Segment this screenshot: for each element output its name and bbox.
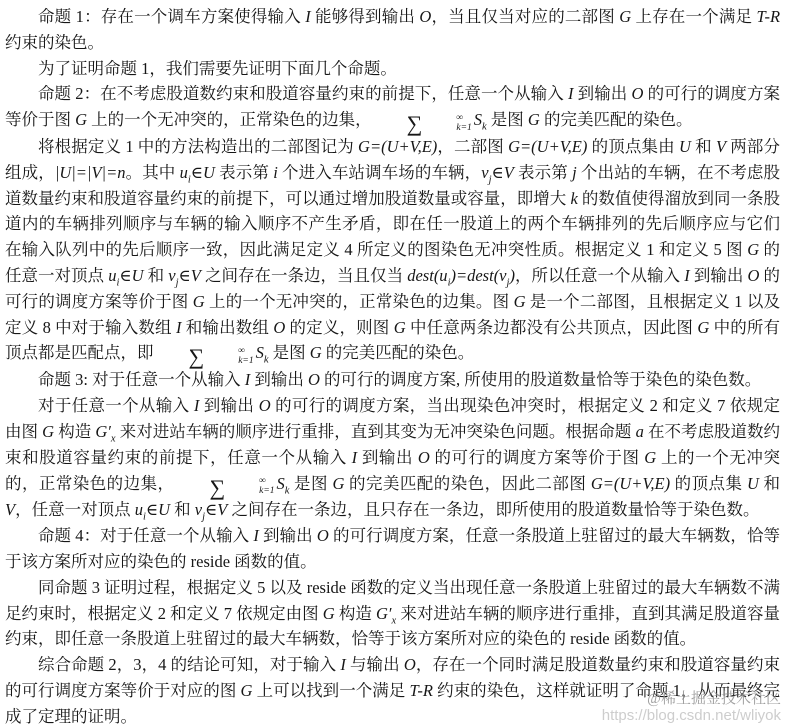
math-run: ∈U [119,266,143,285]
text-run: 是图 [269,343,310,362]
text-run: 到输出 [690,266,748,285]
math-run: O [747,266,759,285]
paragraph: 同命题 3 证明过程，根据定义 5 以及 reside 函数的定义当出现任意一条… [5,575,780,652]
text-run: 和 [144,266,169,285]
text-run: 到输出 [250,370,308,389]
math-run: G [193,292,205,311]
paragraph: 为了证明命题 1，我们需要先证明下面几个命题。 [5,56,780,82]
text-run: 之间存在一条边，当且仅当 [201,266,407,285]
paragraph: 对于任意一个从输入 I 到输出 O 的可行的调度方案，当出现染色冲突时，根据定义… [5,393,780,523]
text-run: ，当且仅当对应的二部图 [431,7,619,26]
math-run: reside [307,578,346,597]
summation-symbol: ∑∞k=1 [374,114,472,134]
math-run: O [273,318,285,337]
text-run: 上存在一个满足 [631,7,756,26]
math-run: S [277,474,285,493]
text-run: 中任意两条边都没有公共顶点，因此图 [406,318,698,337]
math-run: ∈U [146,500,170,519]
math-run: dest(u [407,266,447,285]
text-run: 之间存在一条边，且只存在一条边，即所使用的股道数量恰等于染色数。 [227,500,759,519]
text-run: 构造 [54,422,95,441]
document-page: 命题 1：存在一个调车方案使得输入 I 能够得到输出 O，当且仅当对应的二部图 … [0,0,785,726]
paragraph: 将根据定义 1 中的方法构造出的二部图记为 G=(U+V,E)，二部图 G=(U… [5,134,780,367]
text-run: 到输出 [357,448,418,467]
math-run: G [333,474,345,493]
math-run: G [75,110,87,129]
math-run: G=(U+V,E) [358,137,437,156]
math-run: O [404,655,416,674]
math-run: G′ [376,604,392,623]
paragraph: 命题 3: 对于任意一个从输入 I 到输出 O 的可行的调度方案, 所使用的股道… [5,367,780,393]
text-run: 的顶点集 [670,474,747,493]
text-run: 和 [170,500,195,519]
text-run: 的完美匹配的染色。 [322,343,475,362]
text-run: 为了证明命题 1，我们需要先证明下面几个命题。 [38,59,397,78]
text-run: 和 [759,474,780,493]
text-run: 和 [691,137,716,156]
math-run: )=dest(v [450,266,506,285]
text-run: 的可行的调度方案等价于图 [430,448,645,467]
math-run: G [241,681,253,700]
math-run: G=(U+V,E) [591,474,670,493]
text-run: 。其中 [125,163,179,182]
text-run: 到输出 [199,396,258,415]
math-run: O [632,84,644,103]
text-run: 的完美匹配的染色，因此二部图 [344,474,590,493]
text-run: 综合命题 2，3，4 的结论可知，对于输入 [38,655,340,674]
math-run: u [135,500,143,519]
text-run: 命题 3: 对于任意一个从输入 [38,370,245,389]
document-body: 命题 1：存在一个调车方案使得输入 I 能够得到输出 O，当且仅当对应的二部图 … [5,4,780,726]
math-run: O [317,526,329,545]
math-run: U [679,137,691,156]
text-run: 函数的值。 [610,629,697,648]
math-run: S [474,110,482,129]
text-run: ，所以任意一个从输入 [515,266,684,285]
math-run: G′ [95,422,111,441]
math-run: G [619,7,631,26]
math-run: G [42,422,54,441]
text-run: 来对进站车辆的顺序进行重排，直到其变为无冲突染色问题。根据命题 [116,422,636,441]
paragraph: 命题 4：对于任意一个从输入 I 到输出 O 的可行调度方案，任意一条股道上驻留… [5,523,780,575]
math-run: G [697,318,709,337]
paragraph: 命题 1：存在一个调车方案使得输入 I 能够得到输出 O，当且仅当对应的二部图 … [5,4,780,56]
text-run: 构造 [335,604,376,623]
math-run: U [747,474,759,493]
math-run: T-R [409,681,433,700]
text-run: 函数的值。 [230,552,317,571]
math-run: G [310,343,322,362]
text-run: 命题 2：在不考虑股道数约束和股道容量约束的前提下，任意一个从输入 [38,84,568,103]
math-run: G [323,604,335,623]
text-run: 对于任意一个从输入 [38,396,194,415]
math-run: ∈V [205,500,227,519]
math-run: S [256,343,264,362]
text-run: 是图 [289,474,332,493]
math-run: reside [570,629,609,648]
text-run: 上的一个无冲突的，正常染色的边集， [87,110,372,129]
text-run: 命题 4：对于任意一个从输入 [38,526,253,545]
math-run: V [5,500,15,519]
math-run: O [418,448,430,467]
paragraph: 综合命题 2，3，4 的结论可知，对于输入 I 与输出 O，存在一个同时满足股道… [5,652,780,726]
text-run: 的顶点集由 [587,137,679,156]
math-run: G [514,292,526,311]
paragraph: 命题 2：在不考虑股道数约束和股道容量约束的前提下，任意一个从输入 I 到输出 … [5,81,780,134]
math-run: reside [191,552,230,571]
math-run: |U|=|V|=n [55,163,126,182]
math-run: V [716,137,726,156]
text-run: 将根据定义 1 中的方法构造出的二部图记为 [38,137,358,156]
math-run: ∈V [179,266,201,285]
math-run: O [419,7,431,26]
math-run: O [308,370,320,389]
math-run: ∈U [191,163,215,182]
text-run: 表示第 [215,163,273,182]
math-run: v [195,500,202,519]
text-run: 是图 [487,110,528,129]
math-run: G=(U+V,E) [508,137,587,156]
text-run: 上的一个无冲突的，正常染色的边集。图 [205,292,514,311]
text-run: 个进入车站调车场的车辆， [278,163,481,182]
math-run: G [644,448,656,467]
text-run: 到输出 [573,84,631,103]
math-run: u [180,163,188,182]
text-run: ，二部图 [437,137,508,156]
text-run: 表示第 [514,163,572,182]
math-run: k [570,189,577,208]
text-run: 和输出数组 [181,318,273,337]
math-run: G [747,240,759,259]
math-run: G [528,110,540,129]
text-run: 的可行的调度方案, 所使用的股道数量恰等于染色的染色数。 [320,370,761,389]
text-run: 上可以找到一个满足 [252,681,409,700]
math-run: v [168,266,175,285]
math-run: T-R [757,7,781,26]
math-run: O [259,396,271,415]
text-run: 与输出 [346,655,404,674]
math-run: G [394,318,406,337]
text-run: 命题 1：存在一个调车方案使得输入 [38,7,305,26]
text-run: 的定义，则图 [285,318,394,337]
text-run: 的完美匹配的染色。 [540,110,693,129]
math-run: v [481,163,488,182]
text-run: 同命题 3 证明过程，根据定义 5 以及 [38,578,307,597]
text-run: 约束的染色。 [5,33,104,52]
text-run: ，任意一对顶点 [15,500,135,519]
math-run: a [636,422,644,441]
text-run: 能够得到输出 [311,7,420,26]
math-run: ∈V [492,163,514,182]
text-run: 到输出 [259,526,317,545]
summation-symbol: ∑∞k=1 [156,347,254,367]
summation-symbol: ∑∞k=1 [176,477,274,497]
